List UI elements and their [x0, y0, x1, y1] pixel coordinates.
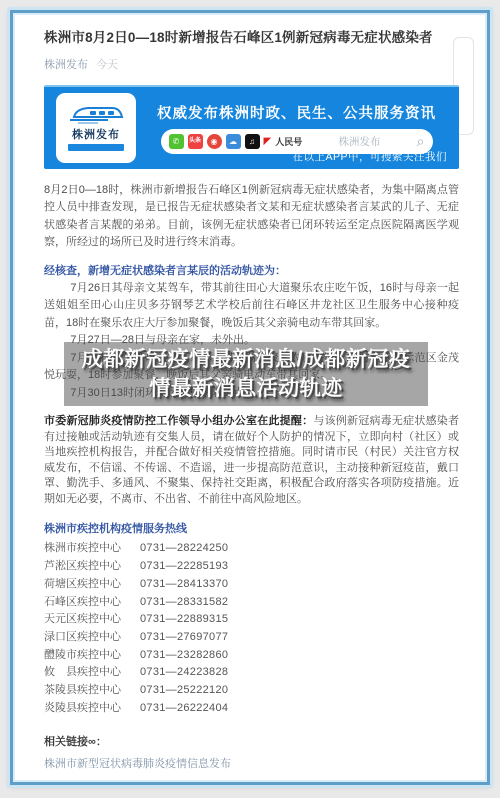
hotline-phone: 0731—22285193 [140, 558, 228, 576]
watermark-title-line2: 情最新消息活动轨迹 [149, 374, 343, 403]
hotline-name: 攸 县疾控中心 [44, 664, 140, 682]
reminder-lead: 市委新冠肺炎疫情防控工作领导小组办公室在此提醒： [44, 415, 313, 427]
douyin-icon: ♫ [245, 134, 260, 149]
trajectory-july26: 7月26日其母亲文某驾车，带其前往田心大道聚乐农庄吃午饭，16时与母亲一起送姐姐… [44, 280, 459, 333]
search-input[interactable]: 株洲发布 [306, 134, 412, 149]
hotline-row: 芦淞区疾控中心0731—22285193 [44, 558, 459, 576]
hotline-name: 炎陵县疾控中心 [44, 700, 140, 718]
hotline-phone: 0731—25222120 [140, 682, 228, 700]
logo-label: 株洲发布 [72, 126, 120, 142]
hotline-row: 炎陵县疾控中心0731—26222404 [44, 700, 459, 718]
peoples-daily-label: 人民号 [275, 135, 302, 148]
weibo-icon: ◉ [207, 134, 222, 149]
hotline-name: 荷塘区疾控中心 [44, 576, 140, 594]
hotline-row: 茶陵县疾控中心0731—25222120 [44, 682, 459, 700]
hotline-phone: 0731—28331582 [140, 594, 228, 612]
publish-date: 今天 [96, 59, 118, 71]
apps-note: 在以上APP中，可搜索关注我们 [292, 149, 447, 164]
zhuzhou-fabu-logo: 株洲发布 [56, 93, 136, 163]
watermark-title-band: 成都新冠疫情最新消息/成都新冠疫 情最新消息活动轨迹 [64, 342, 428, 406]
search-icon[interactable]: ⌕ [417, 134, 425, 148]
paragraph-reminder: 市委新冠肺炎疫情防控工作领导小组办公室在此提醒：与该例新冠病毒无症状感染者有过接… [44, 414, 459, 507]
hotline-row: 石峰区疾控中心0731—28331582 [44, 594, 459, 612]
hotline-heading: 株洲市疾控机构疫情服务热线 [44, 520, 459, 536]
hotline-row: 荷塘区疾控中心0731—28413370 [44, 576, 459, 594]
hotline-name: 茶陵县疾控中心 [44, 682, 140, 700]
paragraph-summary: 8月2日0—18时，株洲市新增报告石峰区1例新冠病毒无症状感染者，为集中隔离点管… [44, 182, 459, 252]
peoples-daily-icon: ◤ [264, 136, 272, 147]
article-window: 株洲市8月2日0—18时新增报告石峰区1例新冠病毒无症状感染者 株洲发布今天 株… [10, 10, 490, 785]
reminder-body: 与该例新冠病毒无症状感染者有过接触或活动轨迹有交集人员，请在做好个人防护的情况下… [44, 415, 459, 505]
hotline-phone: 0731—26222404 [140, 700, 228, 718]
hotline-row: 渌口区疾控中心0731—27697077 [44, 629, 459, 647]
hotline-row: 株洲市疾控中心0731—28224250 [44, 540, 459, 558]
toutiao-icon: 头条 [188, 134, 203, 149]
hotline-name: 芦淞区疾控中心 [44, 558, 140, 576]
page-title: 株洲市8月2日0—18时新增报告石峰区1例新冠病毒无症状感染者 [44, 29, 459, 48]
hotline-phone: 0731—23282860 [140, 647, 228, 665]
hotline-phone: 0731—24223828 [140, 664, 228, 682]
related-link[interactable]: 株洲市新型冠状病毒肺炎疫情信息发布 [44, 755, 459, 771]
hotline-name: 株洲市疾控中心 [44, 540, 140, 558]
hotline-phone: 0731—27697077 [140, 629, 228, 647]
related-links-section: 相关链接∞： 株洲市新型冠状病毒肺炎疫情信息发布 [44, 733, 459, 771]
promo-banner[interactable]: 株洲发布 权威发布株洲时政、民生、公共服务资讯 ✆ 头条 ◉ ☁ ♫ ◤ 人民号… [44, 85, 459, 169]
hotline-phone: 0731—28413370 [140, 576, 228, 594]
logo-tagline-stripe [68, 144, 124, 151]
source-name[interactable]: 株洲发布 [44, 59, 88, 71]
hotline-name: 醴陵市疾控中心 [44, 647, 140, 665]
hotline-row: 攸 县疾控中心0731—24223828 [44, 664, 459, 682]
hotline-row: 醴陵市疾控中心0731—23282860 [44, 647, 459, 665]
hotline-phone: 0731—28224250 [140, 540, 228, 558]
hotline-row: 天元区疾控中心0731—22889315 [44, 611, 459, 629]
hotline-name: 天元区疾控中心 [44, 611, 140, 629]
byline: 株洲发布今天 [44, 56, 459, 72]
trajectory-overlaid-block: 7月29日中午其母亲文某驾车，带其前往聚乐农庄吃饭，16时在云龙示范区金茂悦玩耍… [44, 350, 459, 403]
banner-right: 权威发布株洲时政、民生、公共服务资讯 ✆ 头条 ◉ ☁ ♫ ◤ 人民号 株洲发布… [144, 102, 449, 154]
article-content: 株洲市8月2日0—18时新增报告石峰区1例新冠病毒无症状感染者 株洲发布今天 株… [13, 13, 487, 781]
related-links-heading: 相关链接∞： [44, 733, 459, 749]
hotline-name: 石峰区疾控中心 [44, 594, 140, 612]
sina-news-icon: ☁ [226, 134, 241, 149]
train-icon [68, 104, 124, 124]
hotline-phone: 0731—22889315 [140, 611, 228, 629]
banner-headline: 权威发布株洲时政、民生、公共服务资讯 [157, 102, 436, 123]
watermark-title-line1: 成都新冠疫情最新消息/成都新冠疫 [82, 345, 411, 374]
wechat-icon: ✆ [169, 134, 184, 149]
trajectory-heading: 经核查，新增无症状感染者言某辰的活动轨迹为： [44, 263, 459, 280]
hotline-list: 株洲市疾控中心0731—28224250 芦淞区疾控中心0731—2228519… [44, 540, 459, 717]
hotline-name: 渌口区疾控中心 [44, 629, 140, 647]
